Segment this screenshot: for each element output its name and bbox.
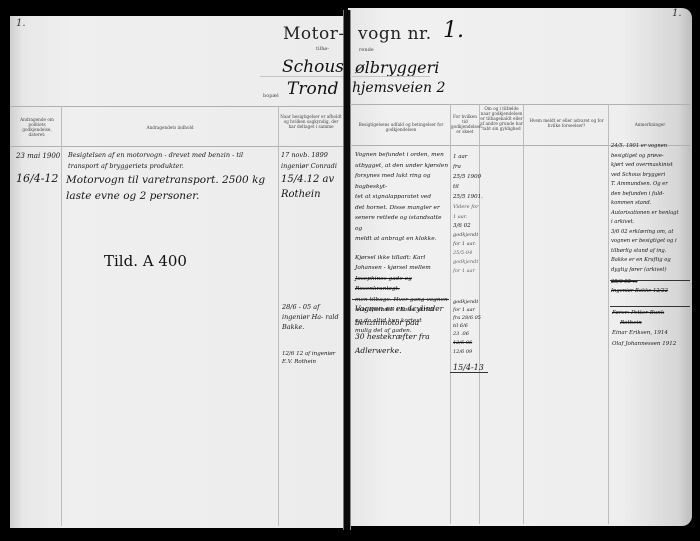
row2-content: Motorvogn til varetransport. 2500 kg las… xyxy=(66,172,278,204)
driver-entry-struck: Fører: Petter Bunk xyxy=(612,308,692,318)
period-line: Videre for xyxy=(453,202,483,212)
remark-line: Autorisationen er henlagt xyxy=(611,209,691,219)
period-line: for 1 aar xyxy=(453,267,483,276)
remark-line: tilbørlig stand af ing. xyxy=(611,247,691,257)
period-separator xyxy=(450,372,488,373)
remark-line-struck: Ingeniør Bakke 12/22 xyxy=(611,287,691,296)
result-column-2: Vognen er en 4cylinder benzinmotor paa 3… xyxy=(355,302,450,358)
label-tilho: tilhø- xyxy=(316,46,329,52)
label-rende: rende xyxy=(359,47,374,53)
header-revoked: Om og i tilfælde naar godkjendelsen er t… xyxy=(480,106,523,131)
period-line: 12/6 09 xyxy=(453,348,485,357)
title-vogn-nr: vogn nr. xyxy=(358,24,432,44)
header-inspection: Naar besigtigelser er afholdt og hvilken… xyxy=(280,114,342,129)
period-line: til xyxy=(453,182,483,192)
period-line: 25/5 1901. xyxy=(453,192,483,202)
result-line: senere rettede og istandsatte og xyxy=(355,213,450,234)
result-line: meldt at anbragt en klokke. xyxy=(355,234,450,245)
result-line: Johansen - kjørsel mellem xyxy=(355,263,450,274)
header-result: Besigtigelsens udfald og betingelser for… xyxy=(352,122,450,132)
period-line: godkjendt xyxy=(453,298,485,306)
remark-line: 24/5. 1901 er vognen xyxy=(611,142,691,152)
period-line: 25/5 1900 xyxy=(453,172,483,182)
period-line: godkjendt xyxy=(453,231,483,240)
header-remarks: Anmerkninger xyxy=(609,122,691,127)
title-motor: Motor- xyxy=(283,24,345,44)
result-line: Adlerwerke. xyxy=(355,344,450,358)
remark-line: dygtig fører (arkivet) xyxy=(611,266,691,276)
address-part1: Trond xyxy=(287,79,339,99)
col-divider-left-1 xyxy=(61,106,62,526)
col-divider-right-3 xyxy=(523,104,524,524)
remark-line: kommen stand. xyxy=(611,199,691,209)
header-bottom-rule-left xyxy=(10,146,343,147)
remarks-separator-1 xyxy=(610,280,690,281)
header-period: For hvilken tid godkjendelsen er skeet xyxy=(451,114,479,134)
period-line: 3/6 02 xyxy=(453,222,483,231)
header-top-rule-left xyxy=(10,106,343,107)
result-line: Vognen er en 4cylinder xyxy=(355,302,450,316)
page-number-left: 1. xyxy=(16,18,26,29)
remark-line: T. Ammundsen. Og er xyxy=(611,180,691,190)
owner-name-part2: ølbryggeri xyxy=(355,58,439,77)
vehicle-number: 1. xyxy=(443,18,464,43)
row2-inspection: 15/4.12 av Rothein xyxy=(281,172,343,202)
owner-name-part1: Schous xyxy=(282,57,344,77)
result-line: forsynes med lukt ring og bagbeskyt- xyxy=(355,171,450,192)
col-divider-right-4 xyxy=(608,104,609,524)
result-line: utbygget, at den under kjørslen xyxy=(355,161,450,172)
header-application-content: Andragendets indhold xyxy=(62,125,278,130)
row1-content: Besigtelsen af en motorvogn - drevet med… xyxy=(68,150,276,172)
result-line: det hornet. Disse mangler er xyxy=(355,203,450,214)
remark-line: 3/6 02 erklæring om, at xyxy=(611,228,691,238)
page-number-right: 1. xyxy=(672,8,682,19)
period-column-2: godkjendt for 1 aar fra 28/6 05 til 6/6 … xyxy=(453,298,485,375)
address-part2: hjemsveien 2 xyxy=(352,80,445,96)
stamp-note: Tild. A 400 xyxy=(104,252,187,270)
later-inspection-rothein: 12/6 12 af ingeniør E.V. Rothein xyxy=(282,350,342,366)
period-line: 25/5-04 xyxy=(453,249,483,258)
header-application-date: Andragende om politiets godkjendelse, da… xyxy=(14,117,60,137)
remark-line: i arkivet. xyxy=(611,218,691,228)
label-bopael: bopæl xyxy=(263,93,279,99)
result-line: Vognen befundet i orden, men xyxy=(355,150,450,161)
result-line: Kjørsel ikke tilladt: Karl xyxy=(355,253,450,264)
period-line: fra xyxy=(453,162,483,172)
remark-line: ved Schous bryggeri xyxy=(611,171,691,181)
remark-line: Bakke er en Kraftig og xyxy=(611,256,691,266)
period-line: fra 28/6 05 xyxy=(453,314,485,322)
result-separator xyxy=(352,299,449,300)
remark-line: besigtiget og prøve- xyxy=(611,152,691,162)
remark-line: den befunden i fuld- xyxy=(611,190,691,200)
period-line: for 1 aar xyxy=(453,306,485,314)
row1-date: 23 mai 1900 xyxy=(16,150,60,163)
period-line-struck: 12/6 06 xyxy=(453,339,485,348)
row1-inspection: 17 novb. 1899 ingeniør Conradi xyxy=(281,150,343,172)
col-divider-left-2 xyxy=(278,106,279,526)
period-line: til 6/6 xyxy=(453,322,485,330)
owner-rule-right xyxy=(350,76,430,77)
period-line: for 1 aar. xyxy=(453,240,483,249)
driver-entry: Einar Eriksen, 1914 xyxy=(612,328,692,339)
period-line: 1 aar xyxy=(453,152,483,162)
book-spine xyxy=(343,10,351,530)
result-line: benzinmotor paa xyxy=(355,316,450,330)
period-line: 23 .06 xyxy=(453,330,485,339)
drivers-list: Fører: Petter Bunk Rothein Einar Eriksen… xyxy=(612,308,692,350)
header-top-rule-right xyxy=(350,104,690,105)
result-line: tet at signalapparatet ved xyxy=(355,192,450,203)
driver-entry: Olaf Johannessen 1912 xyxy=(612,339,692,350)
period-line: godkjendt xyxy=(453,258,483,267)
remarks-separator-2 xyxy=(610,306,690,307)
result-line-struck: Josephines gade og Rosenkrantzgt. xyxy=(355,274,450,295)
remark-line: vognen er besigtiget og i xyxy=(611,237,691,247)
remarks-column: 24/5. 1901 er vognen besigtiget og prøve… xyxy=(611,142,691,296)
col-divider-right-1 xyxy=(450,104,451,524)
driver-entry-struck: Rothein xyxy=(612,318,692,328)
owner-rule-left xyxy=(260,76,343,77)
period-line: 1 aar. xyxy=(453,212,483,222)
period-column: 1 aar fra 25/5 1900 til 25/5 1901. Vider… xyxy=(453,152,483,276)
remark-line: kjørt ved overmaskinist xyxy=(611,161,691,171)
result-line: 30 hestekræfter fra xyxy=(355,330,450,344)
later-inspection-bakke: 28/6 - 05 af ingeniør Ha- rald Bakke. xyxy=(282,302,342,332)
row2-date: 16/4-12 xyxy=(16,172,58,185)
header-reported: Hvem meldt er eller advaret og for hvilk… xyxy=(525,118,608,128)
